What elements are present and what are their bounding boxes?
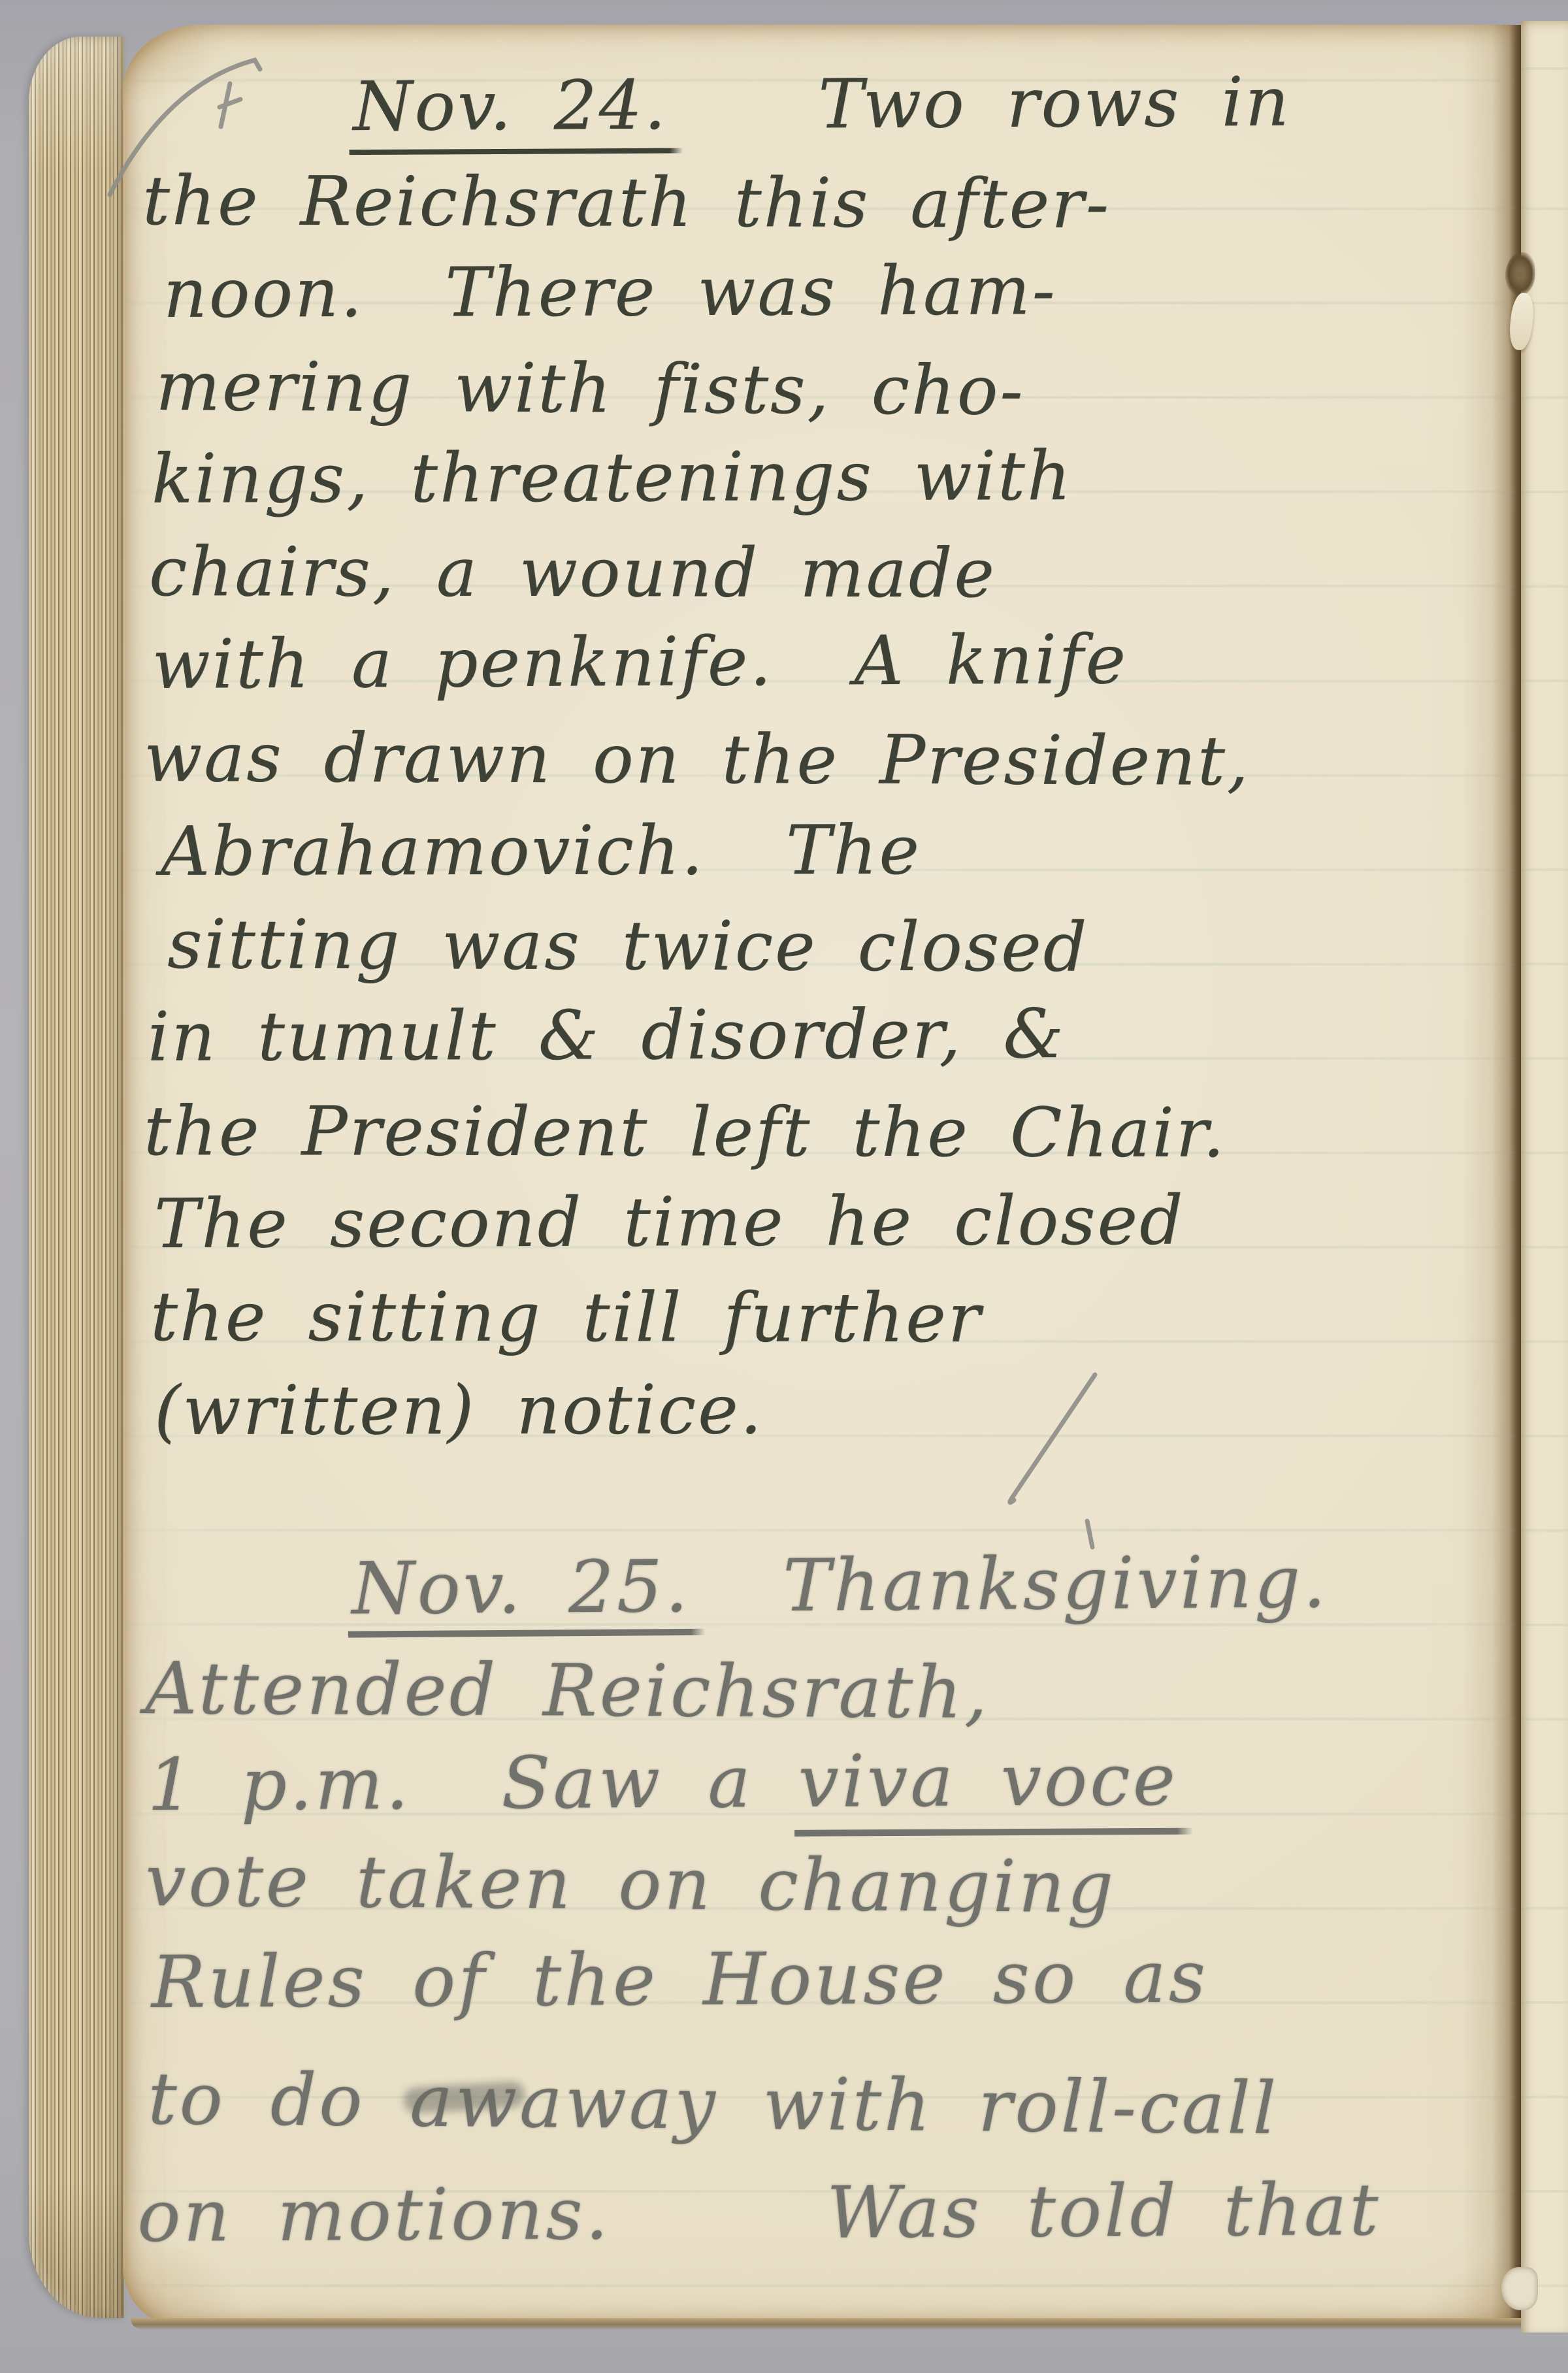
handwriting-line: to do awaway with roll-call <box>148 2063 1279 2144</box>
handwriting-segment: Thanksgiving. <box>783 1546 1329 1622</box>
underlined-handwriting: viva voce <box>794 1738 1193 1837</box>
handwriting-line: 1 p.m. Saw a viva voce <box>147 1744 1192 1821</box>
handwriting-line: Rules of the House so as <box>151 1941 1208 2018</box>
handwriting-segment: Rules of the House so as <box>151 1935 1208 2024</box>
handwriting-line: vote taken on changing <box>145 1844 1116 1923</box>
underlined-handwriting: Nov. 25. <box>348 1550 705 1638</box>
ruled-lines <box>1521 21 1568 2332</box>
handwriting-line: Attended Reichsrath, <box>145 1652 990 1729</box>
handwriting-segment: Attended Reichsrath, <box>145 1646 990 1735</box>
notebook-scan: Nov. 24.Two rows inthe Reichsrath this a… <box>0 0 1568 2373</box>
handwriting-segment: to do <box>148 2057 410 2142</box>
handwriting-segment: on motions. <box>137 2178 611 2252</box>
handwriting-segment: 1 p.m. Saw a <box>147 1740 798 1827</box>
facing-page-sliver <box>1521 21 1568 2332</box>
entry-nov25: Nov. 25.Thanksgiving.Attended Reichsrath… <box>123 25 1514 2325</box>
gutter-hole-damage <box>1505 252 1535 295</box>
struck-out-handwriting: aw <box>410 2059 520 2144</box>
handwriting-segment: Was told that <box>826 2174 1381 2248</box>
handwriting-line: Nov. 25.Thanksgiving. <box>123 1545 1514 1554</box>
handwriting-line: on motions.Was told that <box>123 2173 1514 2180</box>
paper: Nov. 24.Two rows inthe Reichsrath this a… <box>123 25 1514 2325</box>
handwriting-segment: away with roll-call <box>519 2060 1279 2150</box>
gutter-bottom-notch <box>1501 2267 1538 2310</box>
handwriting-segment: vote taken on changing <box>145 1839 1117 1929</box>
stacked-page-edges <box>29 37 124 2318</box>
